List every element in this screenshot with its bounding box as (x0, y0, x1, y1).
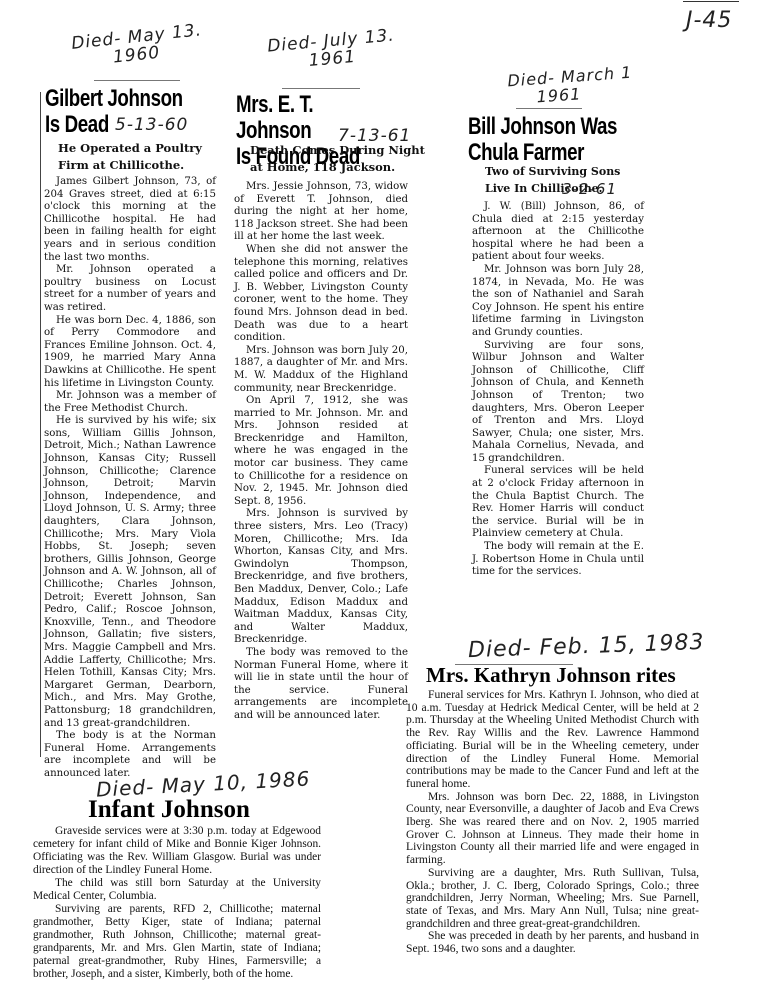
paragraph: Mrs. Johnson is survived by three sister… (234, 508, 408, 647)
article-body: J. W. (Bill) Johnson, 86, of Chula died … (472, 201, 644, 579)
divider (516, 108, 582, 109)
paragraph: He was born Dec. 4, 1886, son of Perry C… (44, 315, 216, 391)
article-body: Mrs. Jessie Johnson, 73, widow of Everet… (234, 181, 408, 723)
paragraph: The body was removed to the Norman Funer… (234, 647, 408, 723)
paragraph: When she did not answer the telephone th… (234, 244, 408, 345)
deck-line: Two of Surviving Sons (485, 163, 620, 180)
handwritten-death-note: Died- Feb. 15, 1983 (468, 630, 705, 663)
article-body: James Gilbert Johnson, 73, of 204 Graves… (44, 176, 216, 781)
paragraph: Funeral services will be held at 2 o'clo… (472, 465, 644, 541)
paragraph: Graveside services were at 3:30 p.m. tod… (33, 825, 321, 877)
paragraph: Mr. Johnson was born July 28, 1874, in N… (472, 264, 644, 340)
deck: He Operated a Poultry Firm at Chillicoth… (58, 140, 202, 174)
headline: Bill Johnson Was Chula Farmer (468, 114, 624, 166)
handwritten-death-note: Died- March 1 1961 (507, 64, 634, 109)
paragraph: James Gilbert Johnson, 73, of 204 Graves… (44, 176, 216, 264)
divider (94, 80, 180, 81)
paragraph: Surviving are parents, RFD 2, Chillicoth… (33, 903, 321, 981)
clipping-edge (40, 92, 41, 757)
deck-line: Death Comes During Night (250, 142, 425, 159)
paragraph: The child was still born Saturday at the… (33, 877, 321, 903)
headline-line: Gilbert Johnson (45, 86, 201, 112)
divider (282, 88, 360, 89)
paragraph: Surviving are a daughter, Mrs. Ruth Sull… (406, 867, 699, 931)
handwritten-death-note: Died- July 13. 1961 (267, 27, 397, 74)
paragraph: Surviving are four sons, Wilbur Johnson … (472, 340, 644, 466)
paragraph: On April 7, 1912, she was married to Mr.… (234, 395, 408, 508)
headline-line: Bill Johnson Was (468, 114, 624, 140)
deck: Death Comes During Night at Home, 118 Ja… (250, 142, 425, 176)
article-body: Funeral services for Mrs. Kathryn I. Joh… (406, 689, 699, 956)
paragraph: Mrs. Jessie Johnson, 73, widow of Everet… (234, 181, 408, 244)
paragraph: Mr. Johnson was a member of the Free Met… (44, 390, 216, 415)
article-body: Graveside services were at 3:30 p.m. tod… (33, 825, 321, 981)
handwritten-death-note: Died- May 13. 1960 (70, 21, 204, 71)
deck-line: at Home, 118 Jackson. (250, 159, 425, 176)
paragraph: Mrs. Johnson was born July 20, 1887, a d… (234, 345, 408, 395)
file-label: J-45 (686, 8, 732, 33)
headline: Mrs. Kathryn Johnson rites (426, 663, 676, 688)
deck-line: Firm at Chillicothe. (58, 157, 202, 174)
paragraph: Mr. Johnson operated a poultry business … (44, 264, 216, 314)
deck-line: He Operated a Poultry (58, 140, 202, 157)
handwritten-date: 5-13-60 (115, 115, 188, 135)
top-right-rule (683, 1, 739, 2)
paragraph: The body will remain at the E. J. Robert… (472, 541, 644, 579)
paragraph: J. W. (Bill) Johnson, 86, of Chula died … (472, 201, 644, 264)
paragraph: Mrs. Johnson was born Dec. 22, 1888, in … (406, 791, 699, 867)
paragraph: She was preceded in death by her parents… (406, 930, 699, 955)
handwritten-date: 3-2-61 (562, 180, 617, 198)
paragraph: Funeral services for Mrs. Kathryn I. Joh… (406, 689, 699, 791)
headline: Infant Johnson (88, 796, 250, 824)
paragraph: He is survived by his wife; six sons, Wi… (44, 415, 216, 730)
